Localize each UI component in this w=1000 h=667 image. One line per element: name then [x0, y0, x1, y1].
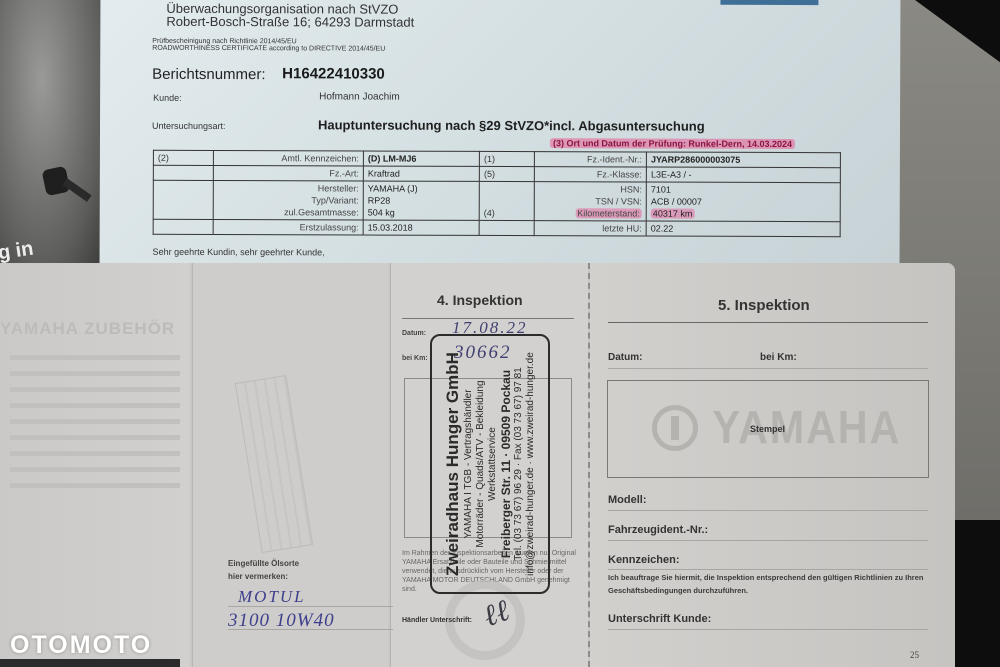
inspection-report: Überwachungsorganisation nach StVZO Robe… — [100, 0, 901, 267]
inspection-place-date: (3) Ort und Datum der Prüfung: Runkel-De… — [550, 138, 795, 149]
inspection-type: Hauptuntersuchung nach §29 StVZO*incl. A… — [318, 117, 705, 133]
plate-field-label: Kennzeichen: — [608, 554, 680, 566]
section-2: (2) — [153, 150, 213, 165]
report-number: H16422410330 — [282, 65, 385, 82]
oil-label-2: hier vermerken: — [228, 572, 288, 581]
first-registration-label: Erstzulassung: — [213, 219, 363, 235]
vehicle-type-label: Fz.-Art: — [213, 165, 363, 181]
magazine-photo: g in — [0, 0, 104, 265]
mileage-value: 40317 km — [651, 209, 695, 219]
inspection-5-date-label: Datum: — [608, 352, 642, 363]
manufacturer-label: Hersteller: — [218, 182, 359, 194]
mileage-label: Kilometerstand: — [575, 208, 642, 218]
plate-label: Amtl. Kennzeichen: — [213, 150, 363, 166]
section-1: (1) — [479, 151, 534, 166]
oil-grade-handwritten: 3100 10W40 — [228, 610, 335, 632]
section-4: (4) — [484, 207, 530, 219]
inspection-4-km-label: bei Km: — [402, 355, 428, 362]
model-label: Modell: — [608, 494, 647, 506]
last-inspection-label: letzte HU: — [534, 221, 646, 236]
tsn-label: TSN / VSN: — [539, 195, 642, 207]
vin-label: Fz.-Ident.-Nr.: — [534, 152, 646, 167]
report-logo-bar — [720, 0, 818, 5]
stamp-line-4: Werkstattservice — [487, 338, 499, 590]
vehicle-class-value: L3E-A3 / - — [646, 167, 840, 183]
page-number: 25 — [910, 650, 919, 660]
inspection-5-km-label: bei Km: — [760, 352, 797, 363]
greeting: Sehr geehrte Kundin, sehr geehrter Kunde… — [153, 247, 325, 258]
inspection-4-date-label: Datum: — [402, 330, 426, 337]
org-line-2: Robert-Bosch-Straße 16; 64293 Darmstadt — [166, 14, 414, 30]
vehicle-type-value: Kraftrad — [363, 166, 479, 181]
stamp-line-6: Tel. (03 73 67) 96 29 · Fax (03 73 67) 9… — [513, 338, 525, 590]
inspection-type-label: Untersuchungsart: — [152, 121, 226, 131]
dealer-signature-label: Händler Unterschrift: — [402, 617, 472, 624]
tsn-value: ACB / 00007 — [651, 196, 836, 209]
stamp-line-3: Motorräder - Quads/ATV - Bekleidung — [475, 338, 487, 590]
stamp-line-7: info@zweirad-hunger.de · www.zweirad-hun… — [525, 338, 537, 590]
last-inspection-value: 02.22 — [646, 221, 840, 237]
model-type-value: RP28 — [368, 195, 475, 207]
vehicle-data-table: (2) Amtl. Kennzeichen: (D) LM-MJ6 (1) Fz… — [153, 150, 841, 237]
magazine-text-fragment: g in — [0, 238, 35, 265]
customer-signature-label: Unterschrift Kunde: — [608, 613, 711, 625]
inspection-4-title: 4. Inspektion — [437, 292, 523, 308]
perforation-line — [588, 263, 590, 667]
customer-label: Kunde: — [153, 93, 182, 103]
authorization-text: Ich beauftrage Sie hiermit, die Inspekti… — [608, 571, 938, 597]
gross-weight-value: 504 kg — [368, 207, 475, 219]
ghost-title: YAMAHA ZUBEHÖR — [0, 319, 175, 339]
manufacturer-value: YAMAHA (J) — [368, 183, 475, 195]
stamp-line-1: Zweiradhaus Hunger GmbH — [443, 338, 463, 590]
stamp-line-2: YAMAHA I TGB - Vertragshändler — [463, 338, 475, 590]
section-5: (5) — [479, 166, 534, 181]
plate-value: (D) LM-MJ6 — [363, 151, 479, 166]
gross-weight-label: zul.Gesamtmasse: — [218, 206, 359, 218]
report-number-label: Berichtsnummer: — [152, 66, 265, 83]
inspection-5-title: 5. Inspektion — [718, 297, 810, 314]
yamaha-logo: YAMAHA — [712, 400, 901, 454]
booklet-ghost-page: YAMAHA ZUBEHÖR — [0, 263, 190, 667]
hsn-label: HSN: — [539, 183, 642, 195]
vehicle-class-label: Fz.-Klasse: — [534, 167, 646, 182]
stamp-line-5: Freiberger Str. 11 · 09509 Pockau — [499, 338, 513, 590]
vin-field-label: Fahrzeugident.-Nr.: — [608, 524, 708, 536]
certificate-line-2: ROADWORTHINESS CERTIFICATE according to … — [152, 45, 385, 53]
vin-value: JYARP286000003075 — [646, 152, 840, 168]
first-registration-value: 15.03.2018 — [363, 220, 479, 235]
oil-brand-handwritten: MOTUL — [238, 587, 306, 607]
otomoto-watermark: OTOMOTO — [10, 631, 152, 660]
dealer-stamp: Zweiradhaus Hunger GmbH YAMAHA I TGB - V… — [430, 334, 550, 594]
oil-label-1: Eingefüllte Ölsorte — [228, 559, 299, 568]
bottom-edge — [0, 659, 180, 667]
yamaha-tuning-fork-icon — [652, 405, 698, 451]
stamp-label: Stempel — [750, 424, 785, 434]
hsn-value: 7101 — [651, 184, 836, 197]
model-type-label: Typ/Variant: — [218, 194, 359, 206]
customer-name: Hofmann Joachim — [319, 91, 400, 102]
photo-scene: g in Überwachungsorganisation nach StVZO… — [0, 0, 1000, 667]
